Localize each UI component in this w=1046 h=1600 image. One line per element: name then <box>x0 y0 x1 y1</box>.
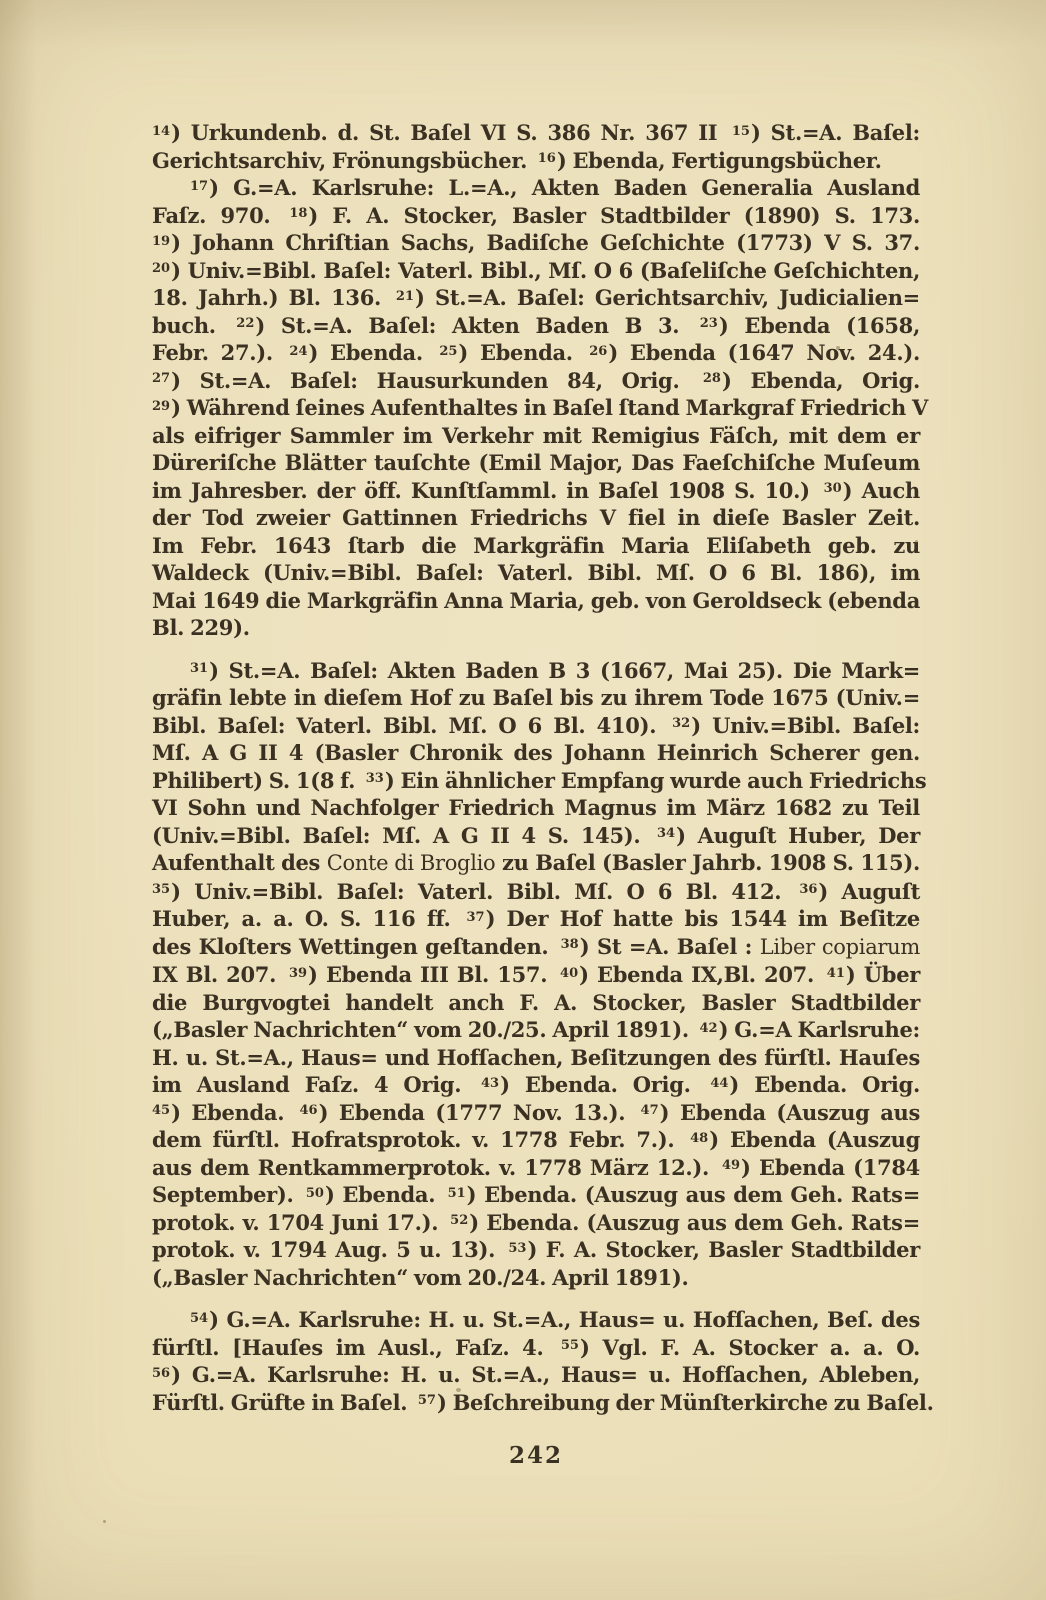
text-segment: ) Der Hof hatte bis 1544 im Beſitze <box>486 906 920 931</box>
footnote-marker: 16 <box>538 151 556 166</box>
page-number: 242 <box>152 1442 920 1469</box>
text-segment: fürſtl. [Hauſes im Ausl., Faſz. 4. <box>152 1335 556 1360</box>
text-segment: Waldeck (Univ.=Bibl. Baſel: Vaterl. Bibl… <box>152 560 920 585</box>
text-line: 20) Univ.=Bibl. Baſel: Vaterl. Bibl., Mſ… <box>152 257 920 285</box>
text-line: Huber, a. a. O. S. 116 ff. 37) Der Hof h… <box>152 905 920 933</box>
text-line: des Kloſters Wettingen geſtanden. 38) St… <box>152 933 920 962</box>
text-line: September). 50) Ebenda. 51) Ebenda. (Aus… <box>152 1181 920 1209</box>
text-segment: ) Univ.=Bibl. Baſel: Vaterl. Bibl. Mſ. O… <box>171 879 795 904</box>
scan-speck <box>456 1388 461 1392</box>
footnote-marker: 14 <box>152 124 170 139</box>
footnote-marker: 50 <box>306 1186 324 1201</box>
text-line: buch. 22) St.=A. Baſel: Akten Baden B 3.… <box>152 312 920 340</box>
text-segment: ) Univ.=Bibl. Baſel: <box>691 713 920 738</box>
text-line: H. u. St.=A., Haus= und Hofſachen, Beſit… <box>152 1044 920 1072</box>
text-segment: September). <box>152 1182 301 1207</box>
footnote-marker: 15 <box>732 124 750 139</box>
text-segment: ) St =A. Baſel : <box>580 934 760 959</box>
text-segment: Philibert) S. 1(8 f. <box>152 768 361 793</box>
text-segment: VI Sohn und Nachfolger Friedrich Magnus … <box>152 795 920 820</box>
text-segment: ) Vgl. F. A. Stocker a. a. O. <box>580 1335 920 1360</box>
text-segment: protok. v. 1794 Aug. 5 u. 13). <box>152 1237 504 1262</box>
text-line: gräfin lebte in dieſem Hof zu Baſel bis … <box>152 684 920 712</box>
text-segment: ) Ebenda (1777 Nov. 13.). <box>319 1100 636 1125</box>
text-segment: ) Ebenda (1647 Nov. 24.). <box>608 340 920 365</box>
text-line: 45) Ebenda. 46) Ebenda (1777 Nov. 13.). … <box>152 1099 920 1127</box>
footnote-marker: 44 <box>710 1076 728 1091</box>
scan-speck <box>103 1520 106 1523</box>
text-segment: ) St.=A. Baſel: Akten Baden B 3. <box>255 313 695 338</box>
latin-phrase: Conte di Broglio <box>327 851 496 875</box>
text-segment: im Ausland Faſz. 4 Orig. <box>152 1072 476 1097</box>
scan-speck <box>915 540 918 543</box>
text-segment: ) Ebenda. (Auszug aus dem Geh. Rats= <box>469 1210 920 1235</box>
footnote-marker: 46 <box>299 1103 317 1118</box>
footnote-marker: 36 <box>799 882 817 897</box>
text-segment: Fürſtl. Grüfte in Baſel. <box>152 1390 413 1415</box>
text-segment: der Tod zweier Gattinnen Friedrichs V fi… <box>152 505 920 530</box>
footnote-marker: 42 <box>700 1021 718 1036</box>
text-segment: ) Urkundenb. d. St. Baſel VI S. 386 Nr. … <box>171 120 727 145</box>
text-segment: buch. <box>152 313 232 338</box>
text-line: fürſtl. [Hauſes im Ausl., Faſz. 4. 55) V… <box>152 1334 920 1362</box>
text-segment: Mſ. A G II 4 (Basler Chronik des Johann … <box>152 740 920 765</box>
text-line: 54) G.=A. Karlsruhe: H. u. St.=A., Haus=… <box>152 1306 920 1334</box>
footnote-marker: 53 <box>508 1241 526 1256</box>
text-line: IX Bl. 207. 39) Ebenda III Bl. 157. 40) … <box>152 961 920 989</box>
text-segment: Febr. 27.). <box>152 340 285 365</box>
text-line: protok. v. 1704 Juni 17.). 52) Ebenda. (… <box>152 1209 920 1237</box>
text-segment: ) F. A. Stocker, Basler Stadtbilder <box>527 1237 920 1262</box>
text-segment: ) F. A. Stocker, Basler Stadtbilder (189… <box>308 203 920 228</box>
text-segment: Düreriſche Blätter tauſchte (Emil Major,… <box>152 450 920 475</box>
book-page: 14) Urkundenb. d. St. Baſel VI S. 386 Nr… <box>0 0 1046 1600</box>
text-segment: ) Ebenda (Auszug aus <box>660 1100 920 1125</box>
text-segment: Aufenthalt des <box>152 850 327 875</box>
text-line: der Tod zweier Gattinnen Friedrichs V fi… <box>152 504 920 532</box>
text-segment: aus dem Rentkammerprotok. v. 1778 März 1… <box>152 1155 717 1180</box>
text-line: Faſz. 970. 18) F. A. Stocker, Basler Sta… <box>152 202 920 230</box>
footnote-marker: 48 <box>690 1131 708 1146</box>
footnote-marker: 45 <box>152 1103 170 1118</box>
text-segment: ) Ebenda (1658, <box>719 313 920 338</box>
footnote-marker: 57 <box>418 1393 436 1408</box>
footnote-marker: 17 <box>190 179 208 194</box>
text-line: 29) Während ſeines Aufenthaltes in Baſel… <box>152 394 920 422</box>
text-segment: Faſz. 970. <box>152 203 285 228</box>
text-line: 56) G.=A. Karlsruhe: H. u. St.=A., Haus=… <box>152 1361 920 1389</box>
footnote-marker: 31 <box>190 661 208 676</box>
text-line: 14) Urkundenb. d. St. Baſel VI S. 386 Nr… <box>152 119 920 147</box>
footnote-marker: 41 <box>827 966 845 981</box>
text-line: Waldeck (Univ.=Bibl. Baſel: Vaterl. Bibl… <box>152 559 920 587</box>
footnote-marker: 25 <box>439 344 457 359</box>
footnote-marker: 28 <box>703 371 721 386</box>
footnote-marker: 40 <box>560 966 578 981</box>
footnote-marker: 37 <box>466 910 484 925</box>
text-segment: ) St.=A. Baſel: Hausurkunden 84, Orig. <box>171 368 698 393</box>
text-line: Philibert) S. 1(8 f. 33) Ein ähnlicher E… <box>152 767 920 795</box>
footnote-marker: 32 <box>672 716 690 731</box>
footnote-marker: 33 <box>366 771 384 786</box>
text-line: Bibl. Baſel: Vaterl. Bibl. Mſ. O 6 Bl. 4… <box>152 712 920 740</box>
footnote-marker: 49 <box>722 1158 740 1173</box>
text-segment: IX Bl. 207. <box>152 962 284 987</box>
text-segment: ) G.=A. Karlsruhe: L.=A., Akten Baden Ge… <box>209 175 920 200</box>
text-segment: ) G.=A Karlsruhe: <box>719 1017 920 1042</box>
text-segment: im Jahresber. der öff. Kunſtſamml. in Ba… <box>152 478 819 503</box>
footnote-marker: 54 <box>190 1311 208 1326</box>
text-line: als eifriger Sammler im Verkehr mit Remi… <box>152 422 920 450</box>
text-segment: ) St.=A. Baſel: Gerichtsarchiv, Judicial… <box>415 285 920 310</box>
footnote-marker: 22 <box>236 316 254 331</box>
text-line: Bl. 229). <box>152 614 920 642</box>
footnote-marker: 55 <box>561 1338 579 1353</box>
footnote-marker: 51 <box>448 1186 466 1201</box>
footnote-paragraph: 14) Urkundenb. d. St. Baſel VI S. 386 Nr… <box>152 119 920 174</box>
text-line: Mſ. A G II 4 (Basler Chronik des Johann … <box>152 739 920 767</box>
text-segment: ) Auguſt <box>818 879 920 904</box>
text-segment: („Basler Nachrichten“ vom 20./24. April … <box>152 1265 689 1290</box>
text-segment: ) Während ſeines Aufenthaltes in Baſel ſ… <box>171 395 928 420</box>
text-segment: ) Ebenda (1784 <box>741 1155 920 1180</box>
text-line: 19) Johann Chriſtian Sachs, Badiſche Geſ… <box>152 229 920 257</box>
text-line: aus dem Rentkammerprotok. v. 1778 März 1… <box>152 1154 920 1182</box>
footnote-marker: 24 <box>289 344 307 359</box>
text-line: Düreriſche Blätter tauſchte (Emil Major,… <box>152 449 920 477</box>
footnote-paragraph: 54) G.=A. Karlsruhe: H. u. St.=A., Haus=… <box>152 1306 920 1416</box>
text-segment: Mai 1649 die Markgräfin Anna Maria, geb.… <box>152 588 920 613</box>
footnote-marker: 18 <box>289 206 307 221</box>
text-line: im Ausland Faſz. 4 Orig. 43) Ebenda. Ori… <box>152 1071 920 1099</box>
text-segment: Bl. 229). <box>152 615 250 640</box>
footnote-marker: 56 <box>152 1366 170 1381</box>
footnote-marker: 21 <box>396 289 414 304</box>
text-segment: ) Ebenda. <box>309 340 435 365</box>
text-segment: ) Ebenda, Orig. <box>722 368 920 393</box>
text-line: Fürſtl. Grüfte in Baſel. 57) Beſchreibun… <box>152 1389 920 1417</box>
footnotes-block: 14) Urkundenb. d. St. Baſel VI S. 386 Nr… <box>152 119 920 1416</box>
footnote-marker: 34 <box>657 826 675 841</box>
text-line: Febr. 27.). 24) Ebenda. 25) Ebenda. 26) … <box>152 339 920 367</box>
text-line: die Burgvogtei handelt anch F. A. Stocke… <box>152 989 920 1017</box>
text-segment: zu Baſel (Basler Jahrb. 1908 S. 115). <box>495 850 920 875</box>
text-segment: Huber, a. a. O. S. 116 ff. <box>152 906 462 931</box>
text-segment: ) Johann Chriſtian Sachs, Badiſche Geſch… <box>171 230 920 255</box>
text-line: („Basler Nachrichten“ vom 20./24. April … <box>152 1264 920 1292</box>
text-segment: Im Febr. 1643 ſtarb die Markgräfin Maria… <box>152 533 920 558</box>
text-segment: 18. Jahrh.) Bl. 136. <box>152 285 391 310</box>
text-segment: dem fürſtl. Hofratsprotok. v. 1778 Febr.… <box>152 1127 686 1152</box>
footnote-marker: 43 <box>481 1076 499 1091</box>
text-segment: ) Ebenda. Orig. <box>500 1072 706 1097</box>
text-segment: als eifriger Sammler im Verkehr mit Remi… <box>152 423 920 448</box>
footnote-paragraph: 31) St.=A. Baſel: Akten Baden B 3 (1667,… <box>152 657 920 1292</box>
text-line: Gerichtsarchiv, Frönungsbücher. 16) Eben… <box>152 147 920 175</box>
footnote-marker: 20 <box>152 261 170 276</box>
text-line: protok. v. 1794 Aug. 5 u. 13). 53) F. A.… <box>152 1236 920 1264</box>
text-segment: ) Ebenda. (Auszug aus dem Geh. Rats= <box>467 1182 920 1207</box>
text-segment: („Basler Nachrichten“ vom 20./25. April … <box>152 1017 695 1042</box>
text-line: 35) Univ.=Bibl. Baſel: Vaterl. Bibl. Mſ.… <box>152 878 920 906</box>
footnote-marker: 30 <box>824 481 842 496</box>
text-segment: ) St.=A. Baſel: Akten Baden B 3 (1667, M… <box>209 658 920 683</box>
text-line: dem fürſtl. Hofratsprotok. v. 1778 Febr.… <box>152 1126 920 1154</box>
text-line: 27) St.=A. Baſel: Hausurkunden 84, Orig.… <box>152 367 920 395</box>
text-segment: ) Ein ähnlicher Empfang wurde auch Fried… <box>385 768 927 793</box>
footnote-marker: 29 <box>152 399 170 414</box>
text-segment: gräfin lebte in dieſem Hof zu Baſel bis … <box>152 685 920 710</box>
footnote-marker: 27 <box>152 371 170 386</box>
text-segment: ) Ebenda. <box>171 1100 295 1125</box>
footnote-paragraph: 17) G.=A. Karlsruhe: L.=A., Akten Baden … <box>152 174 920 642</box>
text-segment: Gerichtsarchiv, Frönungsbücher. <box>152 148 533 173</box>
text-segment: ) Auch <box>843 478 920 503</box>
text-line: Im Febr. 1643 ſtarb die Markgräfin Maria… <box>152 532 920 560</box>
footnote-marker: 19 <box>152 234 170 249</box>
footnote-marker: 39 <box>289 966 307 981</box>
text-segment: Bibl. Baſel: Vaterl. Bibl. Mſ. O 6 Bl. 4… <box>152 713 668 738</box>
text-segment: ) Ebenda. <box>325 1182 443 1207</box>
text-segment: protok. v. 1704 Juni 17.). <box>152 1210 446 1235</box>
text-line: VI Sohn und Nachfolger Friedrich Magnus … <box>152 794 920 822</box>
scan-speck <box>836 346 840 350</box>
latin-phrase: Liber copiarum <box>760 935 920 959</box>
text-segment: ) Ebenda (Auszug <box>709 1127 920 1152</box>
text-segment: ) Univ.=Bibl. Baſel: Vaterl. Bibl., Mſ. … <box>171 258 920 283</box>
footnote-marker: 23 <box>700 316 718 331</box>
text-segment: ) G.=A. Karlsruhe: H. u. St.=A., Haus= u… <box>209 1307 920 1332</box>
text-segment: ) Ebenda. Orig. <box>729 1072 920 1097</box>
text-line: 17) G.=A. Karlsruhe: L.=A., Akten Baden … <box>152 174 920 202</box>
text-segment: ) St.=A. Baſel: <box>751 120 920 145</box>
text-segment: ) Ebenda. <box>458 340 584 365</box>
text-segment: ) Beſchreibung der Münſterkirche zu Baſe… <box>437 1390 934 1415</box>
text-line: („Basler Nachrichten“ vom 20./25. April … <box>152 1016 920 1044</box>
text-segment: die Burgvogtei handelt anch F. A. Stocke… <box>152 990 920 1015</box>
text-line: (Univ.=Bibl. Baſel: Mſ. A G II 4 S. 145)… <box>152 822 920 850</box>
text-segment: ) Über <box>846 962 920 987</box>
text-segment: H. u. St.=A., Haus= und Hofſachen, Beſit… <box>152 1045 920 1070</box>
footnote-marker: 38 <box>561 937 579 952</box>
text-line: Mai 1649 die Markgräfin Anna Maria, geb.… <box>152 587 920 615</box>
text-segment: ) Auguſt Huber, Der <box>676 823 920 848</box>
text-segment: ) G.=A. Karlsruhe: H. u. St.=A., Haus= u… <box>171 1362 920 1387</box>
footnote-marker: 52 <box>450 1213 468 1228</box>
text-segment: ) Ebenda III Bl. 157. <box>308 962 555 987</box>
text-line: Aufenthalt des Conte di Broglio zu Baſel… <box>152 849 920 878</box>
text-segment: ) Ebenda, Fertigungsbücher. <box>557 148 882 173</box>
text-line: 31) St.=A. Baſel: Akten Baden B 3 (1667,… <box>152 657 920 685</box>
footnote-marker: 26 <box>589 344 607 359</box>
text-segment: ) Ebenda IX,Bl. 207. <box>579 962 822 987</box>
text-line: 18. Jahrh.) Bl. 136. 21) St.=A. Baſel: G… <box>152 284 920 312</box>
text-segment: des Kloſters Wettingen geſtanden. <box>152 934 556 959</box>
footnote-marker: 47 <box>641 1103 659 1118</box>
text-line: im Jahresber. der öff. Kunſtſamml. in Ba… <box>152 477 920 505</box>
text-segment: (Univ.=Bibl. Baſel: Mſ. A G II 4 S. 145)… <box>152 823 652 848</box>
footnote-marker: 35 <box>152 882 170 897</box>
